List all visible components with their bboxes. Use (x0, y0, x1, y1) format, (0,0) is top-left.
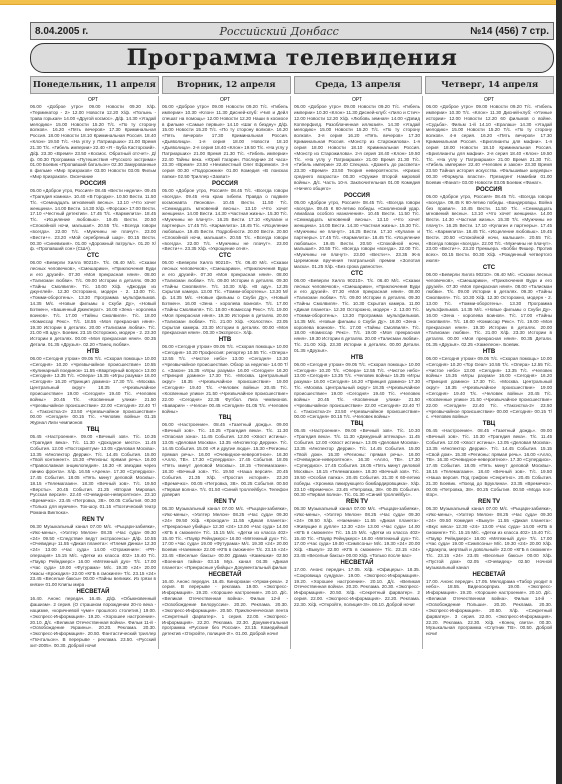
channel-program-listing: 05.00 «Доброе утро, Россия!» 08.45 «Вест… (30, 188, 156, 252)
schedule-columns: ОРТ06.00 «Доброе утро» 09.00 Новости 09.… (30, 96, 554, 649)
channel-heading: ОРТ (30, 97, 156, 104)
day-headers: Понедельник, 11 апреля Вторник, 12 апрел… (30, 76, 554, 94)
channel-heading: НТВ (30, 349, 156, 356)
day-heading-thursday: Четверг, 14 апреля (425, 76, 554, 94)
channel-heading: РОССИЯ (426, 187, 552, 194)
channel-program-listing: 06.00 «Сегодня утром» 09.05 Т/с. «Скорая… (426, 356, 552, 420)
channel-heading: НТВ (162, 337, 288, 344)
channel-program-listing: 05.00 «Доброе утро, Россия!» 08.45 Т/с. … (426, 194, 552, 264)
channel-heading: НЕСВЕТАЙ (162, 572, 288, 579)
schedule-column-wednesday: ОРТ06.00 «Доброе утро» 09.00 Новости 09.… (294, 96, 423, 649)
newspaper-page: 8.04.2005 г. Российский Донбасс №14 (456… (30, 22, 554, 649)
channel-program-listing: 06.00 «Беверли Хиллз 90210». 06.40 М/с. … (426, 272, 552, 348)
channel-heading: ОРТ (162, 97, 288, 104)
channel-heading: REN TV (30, 517, 156, 524)
channel-program-listing: 05.45 «Настроение». 09.00 «Вечный зов». … (294, 428, 420, 498)
channel-program-listing: 06.00 «Беверли Хиллз 90210». Т/с. 06.40 … (30, 260, 156, 348)
channel-program-listing: 17.00. Анонс передач. 17.05. Х/ф. «Офице… (294, 567, 420, 608)
channel-heading: СТС (162, 253, 288, 260)
channel-program-listing: 06.00 «Сегодня утром» 09.05 Т/с. «Скорая… (30, 356, 156, 426)
channel-program-listing: 06.00 «Доброе утро» 09.00 Новости 09.20 … (426, 104, 552, 186)
channel-program-listing: 06.00 «Доброе утро» 09.00 Новости 09.20 … (162, 104, 288, 180)
channel-program-listing: 05.00 «Доброе утро, Россия!» 08.45 Т/с. … (162, 188, 288, 252)
channel-program-listing: 06.00 «Сегодня утром» 09.05 Т/с. «Скорая… (294, 362, 420, 420)
channel-program-listing: 06.00 «Доброе утро» 09.00 Новости 09.20 … (30, 104, 156, 180)
channel-heading: ОРТ (294, 97, 420, 104)
channel-program-listing: 06.00 «Сегодня утром» 09.05 Т/с. «Скорая… (162, 344, 288, 414)
channel-program-listing: 05.00 «Доброе утро, Россия!» 08.45 Т/с. … (294, 200, 420, 270)
channel-heading: НТВ (426, 349, 552, 356)
channel-heading: НЕСВЕТАЙ (426, 572, 552, 579)
issue-date: 8.04.2005 г. (35, 26, 88, 37)
channel-heading: ТВЦ (30, 427, 156, 434)
channel-program-listing: 06.00 «Беверли Хиллз 90210». Т/с. 06.40 … (294, 278, 420, 354)
section-banner: Программа телевидения (30, 43, 554, 73)
schedule-column-thursday: ОРТ06.00 «Доброе утро» 09.00 Новости 09.… (426, 96, 554, 649)
channel-program-listing: 06.00 «Настроение». 08.45 «Газетный дожд… (162, 422, 288, 498)
schedule-column-tuesday: ОРТ06.00 «Доброе утро» 09.00 Новости 09.… (162, 96, 291, 649)
masthead: 8.04.2005 г. Российский Донбасс №14 (456… (30, 22, 554, 40)
channel-program-listing: 06.30 Музыкальный канал 07.00 М/с. «Рыца… (162, 506, 288, 570)
channel-program-listing: 06.30 Музыкальный канал 07.00 М/с. «Рыца… (294, 506, 420, 559)
channel-program-listing: 05.45 «Настроение». 09.00 «Вечный зов». … (30, 434, 156, 516)
newspaper-title: Российский Донбасс (220, 25, 339, 38)
channel-heading: ОРТ (426, 97, 552, 104)
viewer-top-band (0, 0, 562, 5)
issue-number: №14 (456) 7 стр. (470, 26, 549, 37)
viewer-right-edge (556, 0, 562, 784)
channel-program-listing: 06.30 Музыкальный канал 07.00 М/с. «Рыца… (30, 524, 156, 588)
channel-program-listing: 06.00 «Доброе утро» 09.00 Новости 09.20 … (294, 104, 420, 192)
channel-program-listing: 17.00. Анонс передач. 17.05. Мелодрама «… (426, 579, 552, 637)
channel-program-listing: 05.45 «Настроение». 08.45 «Газетный дожд… (426, 428, 552, 498)
schedule-column-monday: ОРТ06.00 «Доброе утро» 09.00 Новости 09.… (30, 96, 159, 649)
section-title: Программа телевидения (127, 45, 458, 71)
channel-heading: СТС (294, 271, 420, 278)
channel-program-listing: 06.30 Музыкальный канал 07.00 М/с. «Рыца… (426, 506, 552, 570)
channel-heading: НЕСВЕТАЙ (294, 560, 420, 567)
day-heading-tuesday: Вторник, 12 апреля (162, 76, 291, 94)
day-heading-wednesday: Среда, 13 апреля (294, 76, 423, 94)
day-heading-monday: Понедельник, 11 апреля (30, 76, 159, 94)
channel-heading: НТВ (294, 355, 420, 362)
channel-heading: СТС (426, 265, 552, 272)
channel-program-listing: 16.40. Анонс передач. 16.45. Д/ф. «Обыкн… (30, 596, 156, 649)
channel-heading: РОССИЯ (30, 181, 156, 188)
channel-program-listing: 16.40. Анонс передач. 16.45. Кинороман «… (162, 579, 288, 637)
channel-heading: РОССИЯ (294, 193, 420, 200)
channel-heading: РОССИЯ (162, 181, 288, 188)
channel-program-listing: 06.00 «Беверли Хиллз 90210». Т/с. 06.40 … (162, 260, 288, 336)
channel-heading: СТС (30, 253, 156, 260)
